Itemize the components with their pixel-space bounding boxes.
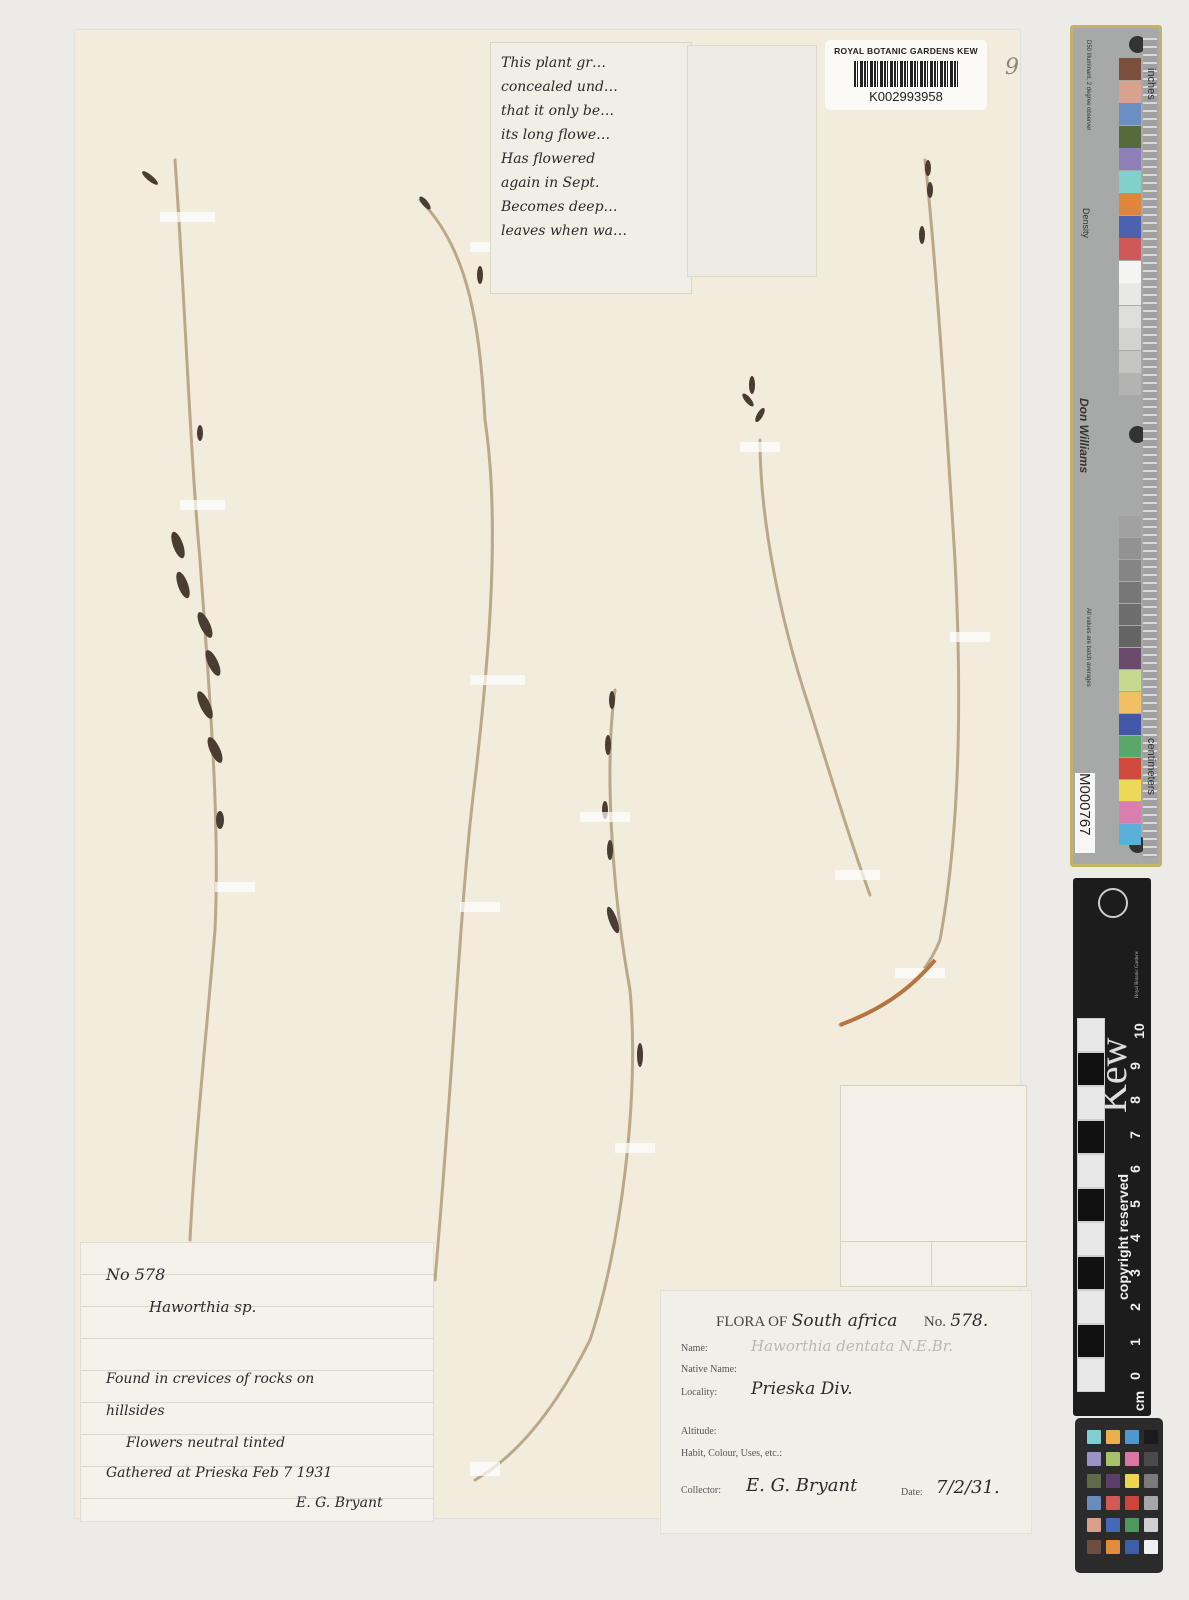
color-swatch (1119, 351, 1141, 373)
color-swatch (1119, 538, 1141, 559)
ruler-code-label: M000767 (1075, 773, 1095, 853)
scale-number: 0 (1127, 1372, 1143, 1380)
locality-value: Prieska Div. (751, 1379, 853, 1399)
color-chip (1125, 1474, 1139, 1488)
kew-crest-icon (1098, 888, 1128, 918)
color-swatch (1119, 193, 1141, 215)
color-chip (1106, 1518, 1120, 1532)
collector-label: Collector: (681, 1485, 721, 1496)
color-swatch (1119, 582, 1141, 603)
scale-number: 2 (1127, 1303, 1143, 1311)
altitude-label: Altitude: (681, 1426, 717, 1437)
note-line: This plant gr… (501, 51, 691, 75)
color-chip (1125, 1496, 1139, 1510)
flora-of-value: South africa (792, 1311, 898, 1331)
color-chip (1087, 1452, 1101, 1466)
date-value: 7/2/31. (936, 1477, 1000, 1498)
scale-block (1077, 1018, 1105, 1052)
color-chip (1087, 1430, 1101, 1444)
color-swatch (1119, 648, 1141, 669)
scale-block (1077, 1358, 1105, 1392)
note-line: that it only be… (501, 99, 691, 123)
color-chip (1144, 1518, 1158, 1532)
ruler-scale (1143, 38, 1157, 858)
name-label: Name: (681, 1343, 708, 1354)
color-chip (1144, 1452, 1158, 1466)
scale-block (1077, 1222, 1105, 1256)
scale-number: 10 (1131, 1023, 1147, 1039)
color-chip (1125, 1452, 1139, 1466)
scale-block (1077, 1052, 1105, 1086)
color-chip (1087, 1540, 1101, 1554)
date-label: Date: (901, 1487, 923, 1498)
color-chip (1106, 1452, 1120, 1466)
color-swatch (1119, 373, 1141, 395)
scale-block (1077, 1086, 1105, 1120)
habit-label: Habit, Colour, Uses, etc.: (681, 1448, 782, 1459)
scale-number: 7 (1127, 1131, 1143, 1139)
ruler-note: All values are batch averages (1085, 608, 1091, 687)
scale-number: 8 (1127, 1096, 1143, 1104)
ruler-density: Density (1081, 208, 1091, 238)
color-swatch (1119, 692, 1141, 713)
color-swatch (1119, 216, 1141, 238)
note-line: concealed und… (501, 75, 691, 99)
note-flap[interactable] (687, 45, 817, 277)
color-swatch (1119, 238, 1141, 260)
gathered-note: Gathered at Prieska Feb 7 1931 (106, 1465, 332, 1481)
color-swatch (1119, 126, 1141, 148)
color-checker-card (1075, 1418, 1163, 1573)
kew-subtitle: Royal Botanic Gardens (1135, 951, 1140, 998)
kew-unit: cm (1131, 1391, 1147, 1411)
native-name-label: Native Name: (681, 1364, 737, 1375)
color-chip (1125, 1518, 1139, 1532)
color-chip (1125, 1540, 1139, 1554)
habitat-line-1: Found in crevices of rocks on (106, 1371, 314, 1387)
color-chip (1087, 1496, 1101, 1510)
color-chip (1144, 1474, 1158, 1488)
color-swatch (1119, 328, 1141, 350)
color-swatch (1119, 736, 1141, 757)
scale-block (1077, 1154, 1105, 1188)
color-swatch (1119, 103, 1141, 125)
color-swatch (1119, 306, 1141, 328)
color-chip (1125, 1430, 1139, 1444)
habitat-line-2: hillsides (106, 1403, 165, 1419)
signature: E. G. Bryant (296, 1495, 383, 1511)
locality-label: Locality: (681, 1387, 717, 1398)
collector-value: E. G. Bryant (746, 1475, 857, 1496)
scale-number: 4 (1127, 1234, 1143, 1242)
color-swatch (1119, 58, 1141, 80)
scale-number: 1 (1127, 1338, 1143, 1346)
color-swatch (1119, 516, 1141, 537)
color-chip (1106, 1496, 1120, 1510)
ruler-unit-bottom: centimeters (1145, 738, 1157, 795)
color-swatch (1119, 81, 1141, 103)
scale-block (1077, 1188, 1105, 1222)
collection-number: No 578 (106, 1265, 165, 1284)
flora-of-label: FLORA OF (716, 1314, 787, 1330)
color-chip (1106, 1540, 1120, 1554)
field-note-top: This plant gr… concealed und… that it on… (490, 42, 692, 294)
kew-scale-bar: Kew Royal Botanic Gardens copyright rese… (1073, 878, 1151, 1416)
flower-note: Flowers neutral tinted (126, 1435, 285, 1451)
pencil-mark: 9 (1005, 55, 1019, 80)
color-swatch (1119, 283, 1141, 305)
ruler-brand: Don Williams (1077, 398, 1091, 473)
scale-block (1077, 1324, 1105, 1358)
scale-number: 9 (1127, 1062, 1143, 1070)
number-value: 578. (950, 1311, 988, 1331)
color-chip (1144, 1430, 1158, 1444)
note-line: leaves when wa… (501, 219, 691, 243)
color-chip (1106, 1430, 1120, 1444)
collector-label: No 578 Haworthia sp. Found in crevices o… (80, 1242, 434, 1522)
color-swatch (1119, 714, 1141, 735)
color-swatch (1119, 148, 1141, 170)
color-chip (1087, 1518, 1101, 1532)
color-swatch (1119, 802, 1141, 823)
scale-block (1077, 1120, 1105, 1154)
color-swatch (1119, 171, 1141, 193)
ruler-unit-top: inches (1145, 68, 1157, 100)
color-swatch (1119, 261, 1141, 283)
fragment-packet[interactable] (840, 1085, 1027, 1287)
barcode-number: K002993958 (825, 89, 987, 104)
note-line: its long flowe… (501, 123, 691, 147)
barcode-label: ROYAL BOTANIC GARDENS KEW K002993958 (825, 40, 987, 110)
scale-block (1077, 1290, 1105, 1324)
color-swatch (1119, 758, 1141, 779)
note-line: Has flowered (501, 147, 691, 171)
flora-label: FLORA OF South africa No. 578. Name: Haw… (660, 1290, 1032, 1534)
number-label: No. (924, 1314, 946, 1330)
color-swatch (1119, 604, 1141, 625)
color-chip (1087, 1474, 1101, 1488)
color-ruler: inches centimeters D50 Illuminant, 2 deg… (1070, 25, 1162, 867)
ruler-code: M000767 (1076, 773, 1093, 836)
scale-number: 5 (1127, 1200, 1143, 1208)
color-chip (1144, 1540, 1158, 1554)
institution-name: ROYAL BOTANIC GARDENS KEW (825, 46, 987, 56)
note-line: again in Sept. (501, 171, 691, 195)
color-swatch (1119, 824, 1141, 845)
color-swatch (1119, 626, 1141, 647)
name-value: Haworthia dentata N.E.Br. (751, 1337, 953, 1355)
color-chip (1106, 1474, 1120, 1488)
note-line: Becomes deep… (501, 195, 691, 219)
color-swatch (1119, 670, 1141, 691)
scale-number: 3 (1127, 1269, 1143, 1277)
scale-block (1077, 1256, 1105, 1290)
color-chip (1144, 1496, 1158, 1510)
taxon-name: Haworthia sp. (149, 1298, 256, 1316)
color-swatch (1119, 780, 1141, 801)
scale-number: 6 (1127, 1165, 1143, 1173)
ruler-illuminant: D50 Illuminant, 2 degree observer (1085, 40, 1091, 130)
color-swatch (1119, 560, 1141, 581)
barcode-icon (854, 61, 959, 87)
